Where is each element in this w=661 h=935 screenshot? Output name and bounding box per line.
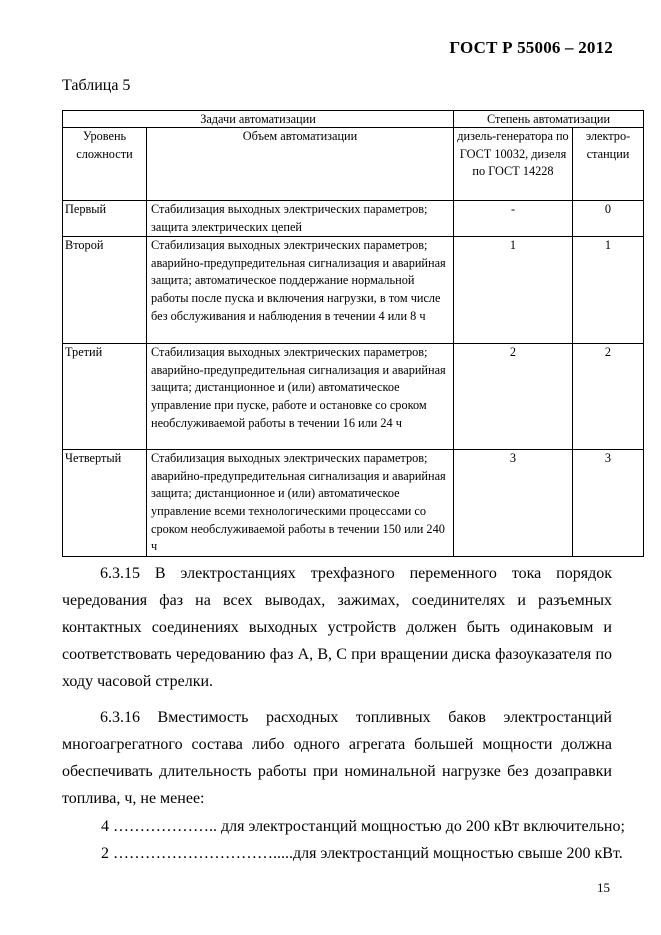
page-number: 15 xyxy=(597,880,610,896)
row-diesel-generator: - xyxy=(454,201,573,237)
table-row: Первый Стабилизация выходных электрическ… xyxy=(63,201,644,237)
document-code: ГОСТ Р 55006 – 2012 xyxy=(449,38,613,58)
paragraph-6-3-15: 6.3.15 В электростанциях трехфазного пер… xyxy=(62,560,612,695)
row-power-station: 1 xyxy=(573,237,644,344)
list-item: 2 ………………………….....для электростанций мощн… xyxy=(101,845,623,863)
header-diesel-generator: дизель-генератора по ГОСТ 10032, дизеля … xyxy=(454,128,573,201)
list-item: 4 ……………….. для электростанций мощностью … xyxy=(101,818,625,836)
row-scope: Стабилизация выходных электрических пара… xyxy=(147,450,454,557)
group-header-row: Задачи автоматизации Степень автоматизац… xyxy=(63,111,644,128)
column-header-row: Уровень сложности Объем автоматизации ди… xyxy=(63,128,644,201)
header-degree: Степень автоматизации xyxy=(454,111,644,128)
header-scope: Объем автоматизации xyxy=(147,128,454,201)
row-diesel-generator: 3 xyxy=(454,450,573,557)
row-scope: Стабилизация выходных электрических пара… xyxy=(147,344,454,450)
paragraph-6-3-16: 6.3.16 Вместимость расходных топливных б… xyxy=(62,704,612,812)
header-power-station: электро-станции xyxy=(573,128,644,201)
row-level: Четвертый xyxy=(63,450,147,557)
row-level: Первый xyxy=(63,201,147,237)
row-diesel-generator: 1 xyxy=(454,237,573,344)
row-power-station: 2 xyxy=(573,344,644,450)
header-tasks: Задачи автоматизации xyxy=(63,111,454,128)
table-row: Второй Стабилизация выходных электрическ… xyxy=(63,237,644,344)
row-diesel-generator: 2 xyxy=(454,344,573,450)
row-scope: Стабилизация выходных электрических пара… xyxy=(147,237,454,344)
table-5: Задачи автоматизации Степень автоматизац… xyxy=(62,110,644,557)
row-power-station: 3 xyxy=(573,450,644,557)
table-row: Четвертый Стабилизация выходных электрич… xyxy=(63,450,644,557)
table-label: Таблица 5 xyxy=(62,77,130,95)
row-level: Второй xyxy=(63,237,147,344)
header-level: Уровень сложности xyxy=(63,128,147,201)
row-power-station: 0 xyxy=(573,201,644,237)
row-level: Третий xyxy=(63,344,147,450)
row-scope: Стабилизация выходных электрических пара… xyxy=(147,201,454,237)
table-row: Третий Стабилизация выходных электрическ… xyxy=(63,344,644,450)
